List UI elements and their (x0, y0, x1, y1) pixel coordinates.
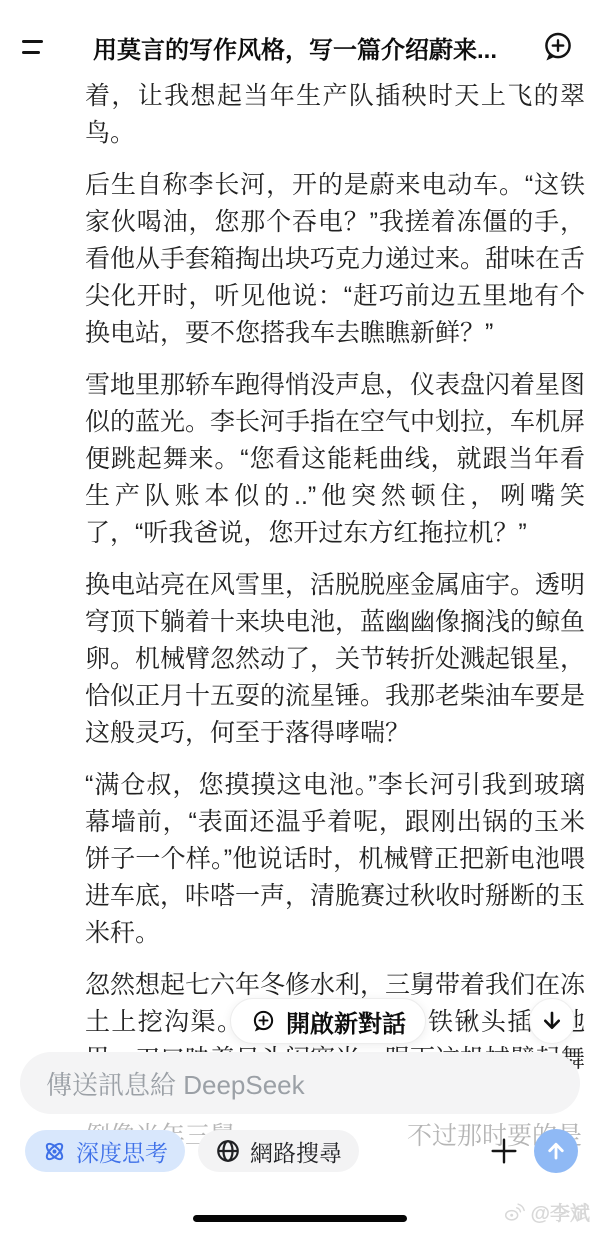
arrow-down-icon (539, 1008, 565, 1034)
weibo-watermark: @李斌 (502, 1197, 590, 1226)
paragraph: 着，让我想起当年生产队插秧时天上飞的翠鸟。 (85, 78, 585, 152)
atom-icon (42, 1139, 67, 1164)
plus-icon (488, 1135, 520, 1167)
paragraph: 换电站亮在风雪里，活脱脱座金属庙宇。透明穹顶下躺着十来块电池，蓝幽幽像搁浅的鲸鱼… (85, 567, 585, 752)
new-chat-icon[interactable] (538, 25, 578, 69)
composer-toolbar: 深度思考 網路搜尋 (25, 1129, 578, 1173)
deepthink-label: 深度思考 (76, 1135, 168, 1168)
chat-title: 用莫言的写作风格，写一篇介绍蔚来... (52, 30, 538, 65)
paragraph: “满仓叔，您摸摸这电池。”李长河引我到玻璃幕墙前，“表面还温乎着呢，跟刚出锅的玉… (85, 767, 585, 952)
message-input[interactable]: 傳送訊息給 DeepSeek (20, 1052, 580, 1114)
menu-bar-bottom (22, 51, 40, 54)
watermark-handle: @李斌 (530, 1197, 590, 1226)
deepseek-app-screen: 用莫言的写作风格，写一篇介绍蔚来... 着，让我想起当年生产队插秧时天上飞的翠鸟… (0, 0, 600, 1237)
open-new-chat-label: 開啟新對話 (286, 1004, 406, 1039)
chat-bubble-plus-icon (250, 1008, 277, 1035)
paragraph: 雪地里那轿车跑得悄没声息，仪表盘闪着星图似的蓝光。李长河手指在空气中划拉，车机屏… (85, 367, 585, 552)
attach-plus-button[interactable] (487, 1134, 521, 1168)
scroll-to-bottom-button[interactable] (529, 998, 575, 1044)
arrow-up-icon (543, 1138, 569, 1164)
websearch-toggle[interactable]: 網路搜尋 (198, 1130, 359, 1172)
weibo-icon (502, 1200, 526, 1224)
sidebar-menu-icon[interactable] (22, 34, 52, 60)
websearch-label: 網路搜尋 (250, 1135, 342, 1168)
assistant-response: 着，让我想起当年生产队插秧时天上飞的翠鸟。 后生自称李长河，开的是蔚来电动车。“… (0, 78, 600, 1152)
globe-icon (215, 1138, 241, 1164)
menu-bar-top (22, 40, 43, 43)
home-indicator (193, 1215, 407, 1222)
paragraph: 后生自称李长河，开的是蔚来电动车。“这铁家伙喝油，您那个吞电？”我搓着冻僵的手，… (85, 167, 585, 352)
header: 用莫言的写作风格，写一篇介绍蔚来... (0, 18, 600, 76)
input-placeholder: 傳送訊息給 DeepSeek (46, 1065, 305, 1102)
send-button[interactable] (534, 1129, 578, 1173)
chat-bubble-plus-icon (539, 28, 577, 66)
deepthink-toggle[interactable]: 深度思考 (25, 1130, 185, 1172)
open-new-chat-button[interactable]: 開啟新對話 (230, 998, 426, 1044)
